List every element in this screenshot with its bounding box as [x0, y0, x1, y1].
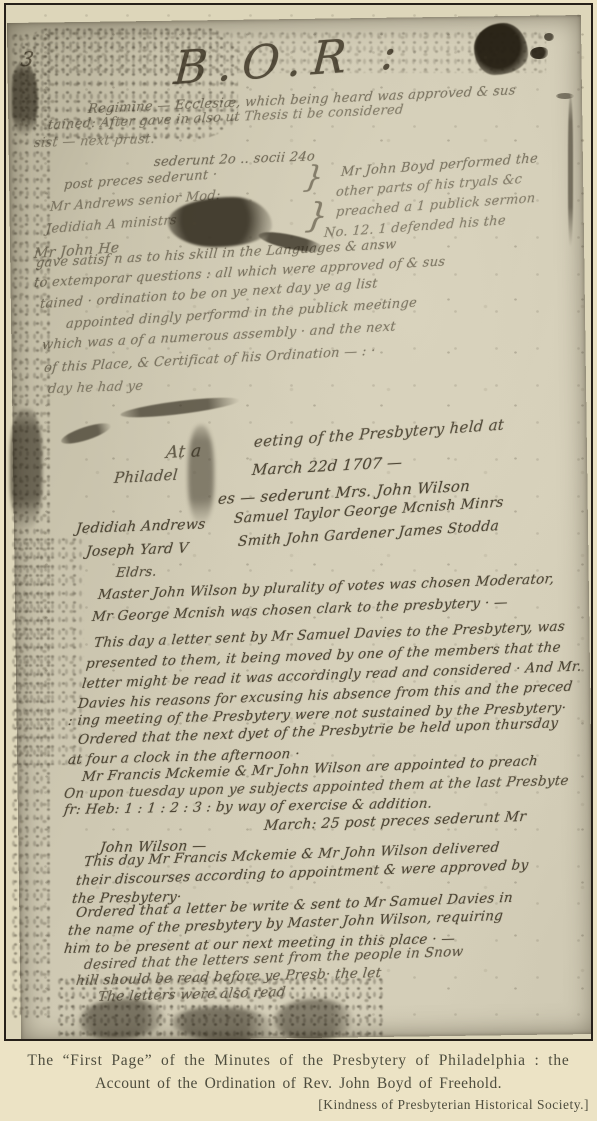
ink-stain: [474, 23, 528, 75]
manuscript-line: }: [302, 163, 326, 193]
ink-stain: [188, 425, 214, 525]
manuscript-line: Eldrs.: [115, 566, 157, 580]
photo-frame: 3B.O.R :Regimine — Ecclesiæ, which being…: [4, 3, 593, 1041]
manuscript-line: Joseph Yard V: [85, 541, 189, 559]
ink-stain: [172, 1007, 272, 1039]
manuscript-line: Philadel: [113, 468, 178, 486]
ink-stain: [12, 63, 38, 135]
manuscript-line: Jedidiah A ministrs: [46, 214, 178, 236]
manuscript-line: Jedidiah Andrews: [75, 517, 206, 536]
caption-credit: [Kindness of Presbyterian Historical Soc…: [318, 1097, 589, 1113]
manuscript-line: sederunt 2o .. socii 24o: [153, 150, 315, 169]
ink-stain: [530, 47, 548, 59]
handwriting-layer: 3B.O.R :Regimine — Ecclesiæ, which being…: [6, 5, 591, 1039]
speckle-patch: [46, 29, 546, 73]
manuscript-line: day he had ye: [47, 380, 144, 396]
manuscript-photo: 3B.O.R :Regimine — Ecclesiæ, which being…: [6, 5, 591, 1039]
manuscript-line: post preces sederunt ·: [64, 168, 218, 192]
ink-stain: [274, 999, 352, 1039]
manuscript-line: March 22d 1707 —: [251, 455, 403, 478]
ink-stain: [10, 409, 42, 529]
ink-stain: [568, 97, 573, 247]
ink-stain: [544, 33, 554, 41]
ink-stain: [168, 197, 272, 247]
scanned-page: 3B.O.R :Regimine — Ecclesiæ, which being…: [0, 0, 597, 1121]
manuscript-line: eeting of the Presbytery held at: [253, 417, 504, 450]
ink-stain: [556, 93, 574, 99]
speckle-patch: [14, 535, 84, 765]
caption-line-1: The “First Page” of the Minutes of the P…: [0, 1052, 597, 1070]
caption-line-2: Account of the Ordination of Rev. John B…: [0, 1075, 597, 1093]
